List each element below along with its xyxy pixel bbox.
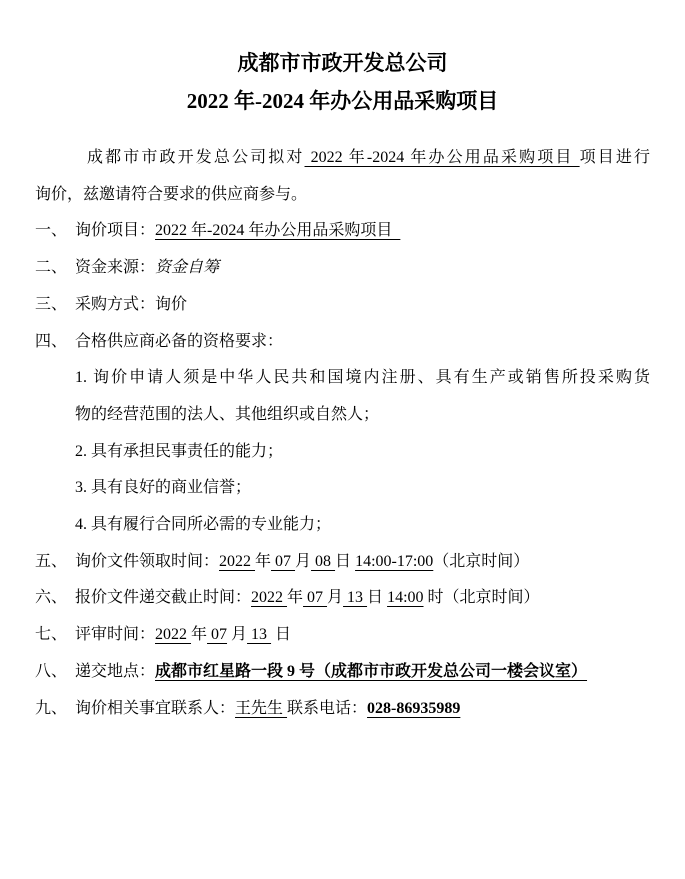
list-item-review-time: 七、评审时间：2022 年 07 月 13 日 [35, 617, 650, 654]
text-segment: 评审时间： [75, 626, 155, 643]
list-item-number: 一、 [35, 213, 75, 250]
intro-line-1: 成都市市政开发总公司拟对 2022 年-2024 年办公用品采购项目 项目进行 [35, 140, 650, 177]
text-segment: 08 [311, 553, 335, 570]
document-page: 成都市市政开发总公司 2022 年-2024 年办公用品采购项目 成都市市政开发… [0, 0, 685, 879]
text-segment: 资金自筹 [155, 259, 219, 276]
text-segment: 2. 具有承担民事责任的能力； [75, 443, 283, 460]
list-item-number: 五、 [35, 544, 75, 581]
text-segment: 年 [255, 553, 271, 570]
list-item-contact: 九、询价相关事宜联系人：王先生 联系电话：028-86935989 [35, 691, 650, 728]
text-segment: 日 [271, 626, 291, 643]
list-item-funding-source: 二、资金来源：资金自筹 [35, 250, 650, 287]
text-segment: 2022 年-2024 年办公用品采购项目 [305, 149, 580, 166]
text-segment: 028-86935989 [367, 700, 460, 717]
text-segment: 月 [227, 626, 247, 643]
list-item-procurement-method: 三、采购方式：询价 [35, 287, 650, 324]
text-segment: 07 [207, 626, 227, 643]
list-item-number: 九、 [35, 691, 75, 728]
text-segment: 询价文件领取时间： [75, 553, 219, 570]
list-item-number: 七、 [35, 617, 75, 654]
text-segment: 14:00-17:00 [355, 553, 433, 570]
text-segment: 2022 [155, 626, 191, 643]
list-item-supplier-qualifications: 四、合格供应商必备的资格要求： [35, 324, 650, 361]
qualification-2: 2. 具有承担民事责任的能力； [35, 434, 650, 471]
text-segment: 年 [191, 626, 207, 643]
text-segment: 报价文件递交截止时间： [75, 589, 251, 606]
text-segment: 递交地点： [75, 663, 155, 680]
text-segment: 月 [295, 553, 311, 570]
text-segment: 07 [303, 589, 327, 606]
list-item-number: 三、 [35, 287, 75, 324]
text-segment: 时（北京时间） [424, 589, 540, 606]
qualification-3: 3. 具有良好的商业信誉； [35, 470, 650, 507]
qualification-1-line-2: 物的经营范围的法人、其他组织或自然人； [35, 397, 650, 434]
text-segment: 日 [335, 553, 355, 570]
qualification-4: 4. 具有履行合同所必需的专业能力； [35, 507, 650, 544]
text-segment: 2022 年-2024 年办公用品采购项目 [155, 222, 400, 239]
text-segment: 2022 [251, 589, 287, 606]
text-segment: 询价，兹邀请符合要求的供应商参与。 [35, 186, 307, 203]
text-segment: 合格供应商必备的资格要求： [75, 333, 283, 350]
text-segment: 年 [287, 589, 303, 606]
document-title: 成都市市政开发总公司 [35, 44, 650, 82]
text-segment: 王先生 [235, 700, 287, 717]
qualification-1-line-1: 1. 询价申请人须是中华人民共和国境内注册、具有生产或销售所投采购货 [35, 360, 650, 397]
list-item-quotation-deadline: 六、报价文件递交截止时间：2022 年 07 月 13 日 14:00 时（北京… [35, 580, 650, 617]
text-segment: 项目进行 [580, 149, 650, 166]
list-item-number: 六、 [35, 580, 75, 617]
text-segment: 07 [271, 553, 295, 570]
text-segment: 资金来源： [75, 259, 155, 276]
text-segment: 4. 具有履行合同所必需的专业能力； [75, 516, 331, 533]
text-segment: 物的经营范围的法人、其他组织或自然人； [75, 406, 379, 423]
text-segment: 日 [367, 589, 387, 606]
text-segment: 采购方式：询价 [75, 296, 187, 313]
list-item-document-collection-time: 五、询价文件领取时间：2022 年 07 月 08 日 14:00-17:00（… [35, 544, 650, 581]
text-segment: 成都市市政开发总公司拟对 [87, 149, 305, 166]
list-item-number: 八、 [35, 654, 75, 691]
list-item-number: 二、 [35, 250, 75, 287]
text-segment: 1. 询价申请人须是中华人民共和国境内注册、具有生产或销售所投采购货 [75, 369, 650, 386]
intro-line-2: 询价，兹邀请符合要求的供应商参与。 [35, 177, 650, 214]
list-item-submission-location: 八、递交地点：成都市红星路一段 9 号（成都市市政开发总公司一楼会议室） [35, 654, 650, 691]
text-segment: 询价项目： [75, 222, 155, 239]
text-segment: 14:00 [387, 589, 423, 606]
list-item-number: 四、 [35, 324, 75, 361]
document-subtitle: 2022 年-2024 年办公用品采购项目 [35, 82, 650, 120]
list-item-inquiry-project: 一、询价项目：2022 年-2024 年办公用品采购项目 [35, 213, 650, 250]
text-segment: 2022 [219, 553, 255, 570]
text-segment: （北京时间） [433, 553, 529, 570]
text-segment: 13 [247, 626, 271, 643]
text-segment: 13 [343, 589, 367, 606]
document-body: 成都市市政开发总公司拟对 2022 年-2024 年办公用品采购项目 项目进行询… [35, 140, 650, 727]
text-segment: 月 [327, 589, 343, 606]
text-segment: 询价相关事宜联系人： [75, 700, 235, 717]
text-segment: 联系电话： [287, 700, 367, 717]
text-segment: 成都市红星路一段 9 号（成都市市政开发总公司一楼会议室） [155, 663, 587, 680]
text-segment: 3. 具有良好的商业信誉； [75, 479, 251, 496]
